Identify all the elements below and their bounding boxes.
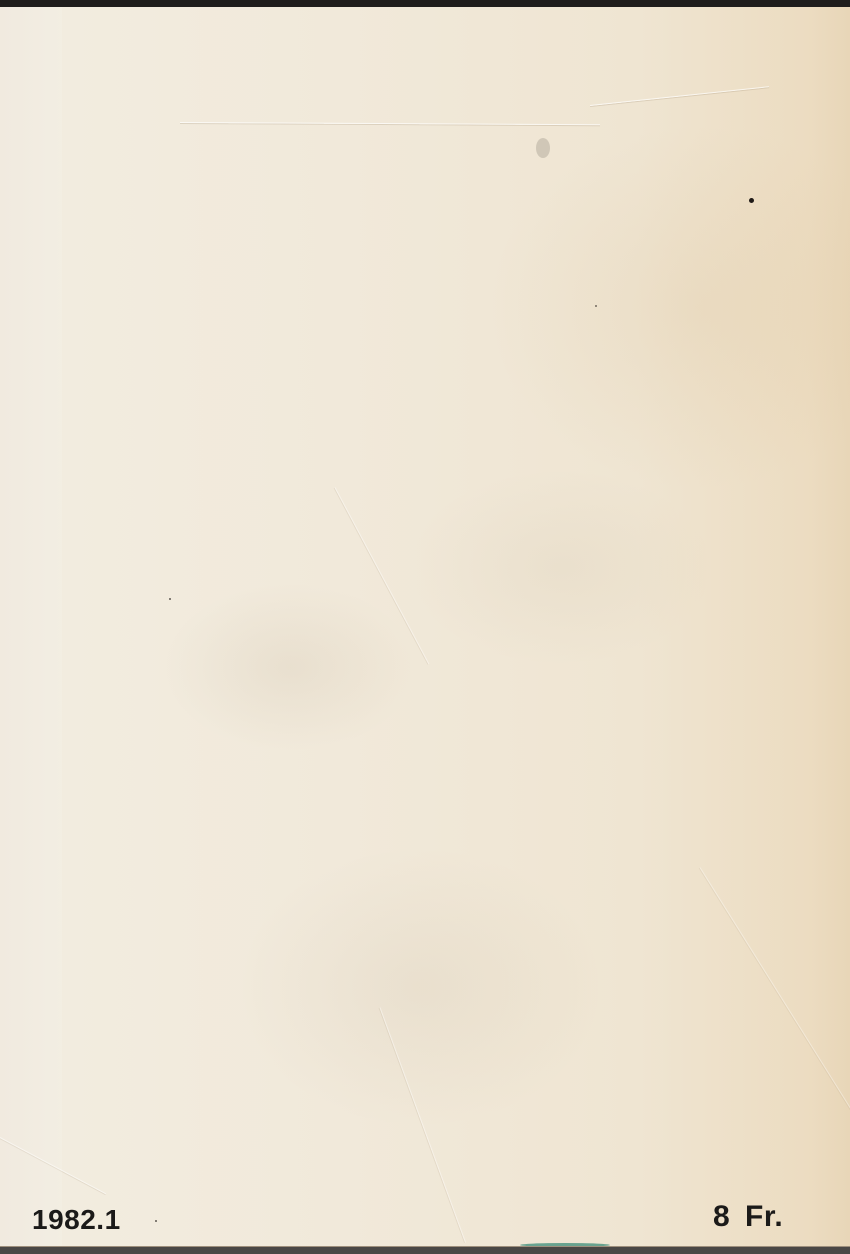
paper-crease xyxy=(335,487,430,664)
paper-crease xyxy=(180,122,600,125)
ink-speck xyxy=(749,198,754,203)
paper-stain xyxy=(536,138,550,158)
ink-speck xyxy=(155,1220,157,1222)
issue-number: 1982.1 xyxy=(32,1206,121,1234)
paper-surface xyxy=(0,7,850,1248)
ink-speck xyxy=(169,598,171,600)
back-cover: 1982.1 8 Fr. xyxy=(0,0,850,1254)
paper-crease xyxy=(700,867,850,1122)
bottom-edge xyxy=(0,1246,850,1254)
price-label: 8 Fr. xyxy=(713,1202,783,1232)
paper-crease xyxy=(380,1007,466,1242)
spine-fade xyxy=(0,7,62,1247)
ink-speck xyxy=(595,305,597,307)
paper-crease xyxy=(590,86,769,106)
